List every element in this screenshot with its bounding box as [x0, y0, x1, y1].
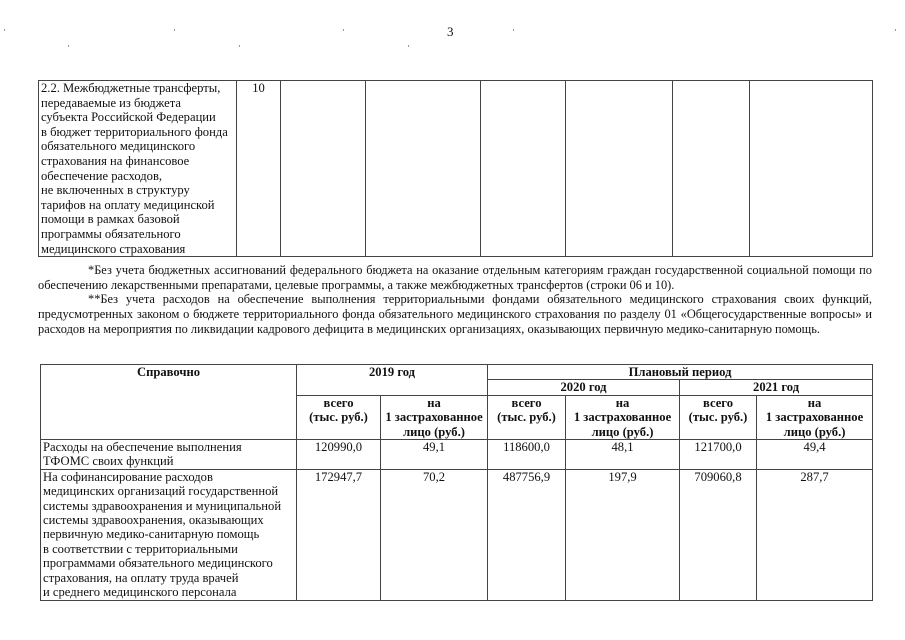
footnote-1: *Без учета бюджетных ассигнований федера… — [38, 263, 872, 292]
header-line: 1 застрахованное — [381, 410, 487, 424]
header-line: всего — [680, 396, 756, 410]
value-cell — [366, 81, 481, 257]
label-line: первичную медико-санитарную помощь — [43, 527, 294, 541]
cell-2019-per-person: 70,2 — [381, 469, 488, 600]
header-2020-total: всего (тыс. руб.) — [488, 395, 566, 439]
scan-speck — [343, 29, 344, 31]
label-line: медицинских организаций государственной — [43, 484, 294, 498]
label-line: программами обязательного медицинского — [43, 556, 294, 570]
row-label: Расходы на обеспечение выполнения ТФОМС … — [41, 440, 297, 470]
cell-2020-per-person: 48,1 — [566, 440, 680, 470]
value-cell — [750, 81, 873, 257]
row-code: 10 — [237, 81, 281, 257]
label-line: Расходы на обеспечение выполнения — [43, 440, 294, 454]
header-line: (тыс. руб.) — [297, 410, 380, 424]
label-line: системы здравоохранения, оказывающих — [43, 513, 294, 527]
scan-speck — [174, 29, 175, 31]
table-row: На софинансирование расходов медицинских… — [41, 469, 873, 600]
header-reference: Справочно — [41, 365, 297, 440]
header-line: 1 застрахованное — [757, 410, 872, 424]
scan-speck — [4, 29, 5, 31]
label-line: системы здравоохранения и муниципальной — [43, 499, 294, 513]
header-2021-total: всего (тыс. руб.) — [680, 395, 757, 439]
header-2019-total: всего (тыс. руб.) — [297, 395, 381, 439]
label-line: субъекта Российской Федерации — [41, 110, 234, 125]
header-2020-per-person: на 1 застрахованное лицо (руб.) — [566, 395, 680, 439]
header-line: (тыс. руб.) — [488, 410, 565, 424]
cell-2021-per-person: 287,7 — [757, 469, 873, 600]
table-row: 2.2. Межбюджетные трансферты, передаваем… — [39, 81, 873, 257]
header-line: всего — [297, 396, 380, 410]
value-cell — [673, 81, 750, 257]
header-line: лицо (руб.) — [566, 425, 679, 439]
label-line: 2.2. Межбюджетные трансферты, — [41, 81, 234, 96]
label-line: в соответствии с территориальными — [43, 542, 294, 556]
page-number: 3 — [447, 24, 454, 40]
cell-2019-total: 120990,0 — [297, 440, 381, 470]
header-line: на — [566, 396, 679, 410]
cell-2020-per-person: 197,9 — [566, 469, 680, 600]
header-planning-period: Плановый период — [488, 365, 873, 380]
label-line: и среднего медицинского персонала — [43, 585, 294, 599]
transfers-table: 2.2. Межбюджетные трансферты, передаваем… — [38, 80, 873, 257]
footnote-2: **Без учета расходов на обеспечение выпо… — [38, 292, 872, 336]
cell-2020-total: 487756,9 — [488, 469, 566, 600]
row-label: 2.2. Межбюджетные трансферты, передаваем… — [39, 81, 237, 257]
label-line: обеспечение расходов, — [41, 169, 234, 184]
cell-2021-total: 121700,0 — [680, 440, 757, 470]
value-cell — [281, 81, 366, 257]
scan-speck — [68, 45, 69, 47]
cell-2020-total: 118600,0 — [488, 440, 566, 470]
cell-2021-total: 709060,8 — [680, 469, 757, 600]
label-line: в бюджет территориального фонда — [41, 125, 234, 140]
value-cell — [566, 81, 673, 257]
cell-2021-per-person: 49,4 — [757, 440, 873, 470]
header-line: на — [381, 396, 487, 410]
header-line: лицо (руб.) — [757, 425, 872, 439]
header-line: всего — [488, 396, 565, 410]
label-line: ТФОМС своих функций — [43, 454, 294, 468]
label-line: тарифов на оплату медицинской — [41, 198, 234, 213]
footnotes: *Без учета бюджетных ассигнований федера… — [38, 263, 872, 337]
table-row: Расходы на обеспечение выполнения ТФОМС … — [41, 440, 873, 470]
header-line: 1 застрахованное — [566, 410, 679, 424]
header-line: на — [757, 396, 872, 410]
row-label: На софинансирование расходов медицинских… — [41, 469, 297, 600]
header-2019: 2019 год — [297, 365, 488, 396]
scan-speck — [895, 29, 896, 31]
label-line: обязательного медицинского — [41, 139, 234, 154]
label-line: помощи в рамках базовой — [41, 212, 234, 227]
value-cell — [481, 81, 566, 257]
cell-2019-total: 172947,7 — [297, 469, 381, 600]
label-line: передаваемые из бюджета — [41, 96, 234, 111]
label-line: На софинансирование расходов — [43, 470, 294, 484]
header-line: (тыс. руб.) — [680, 410, 756, 424]
scan-speck — [513, 29, 514, 31]
label-line: страхования на финансовое — [41, 154, 234, 169]
label-line: страхования, на оплату труда врачей — [43, 571, 294, 585]
header-2021-per-person: на 1 застрахованное лицо (руб.) — [757, 395, 873, 439]
header-2020: 2020 год — [488, 380, 680, 395]
header-2021: 2021 год — [680, 380, 873, 395]
cell-2019-per-person: 49,1 — [381, 440, 488, 470]
header-2019-per-person: на 1 застрахованное лицо (руб.) — [381, 395, 488, 439]
scan-speck — [239, 45, 240, 47]
label-line: программы обязательного — [41, 227, 234, 242]
label-line: не включенных в структуру — [41, 183, 234, 198]
header-line: лицо (руб.) — [381, 425, 487, 439]
reference-table: Справочно 2019 год Плановый период 2020 … — [40, 364, 873, 601]
scan-speck — [408, 45, 409, 47]
label-line: медицинского страхования — [41, 242, 234, 257]
